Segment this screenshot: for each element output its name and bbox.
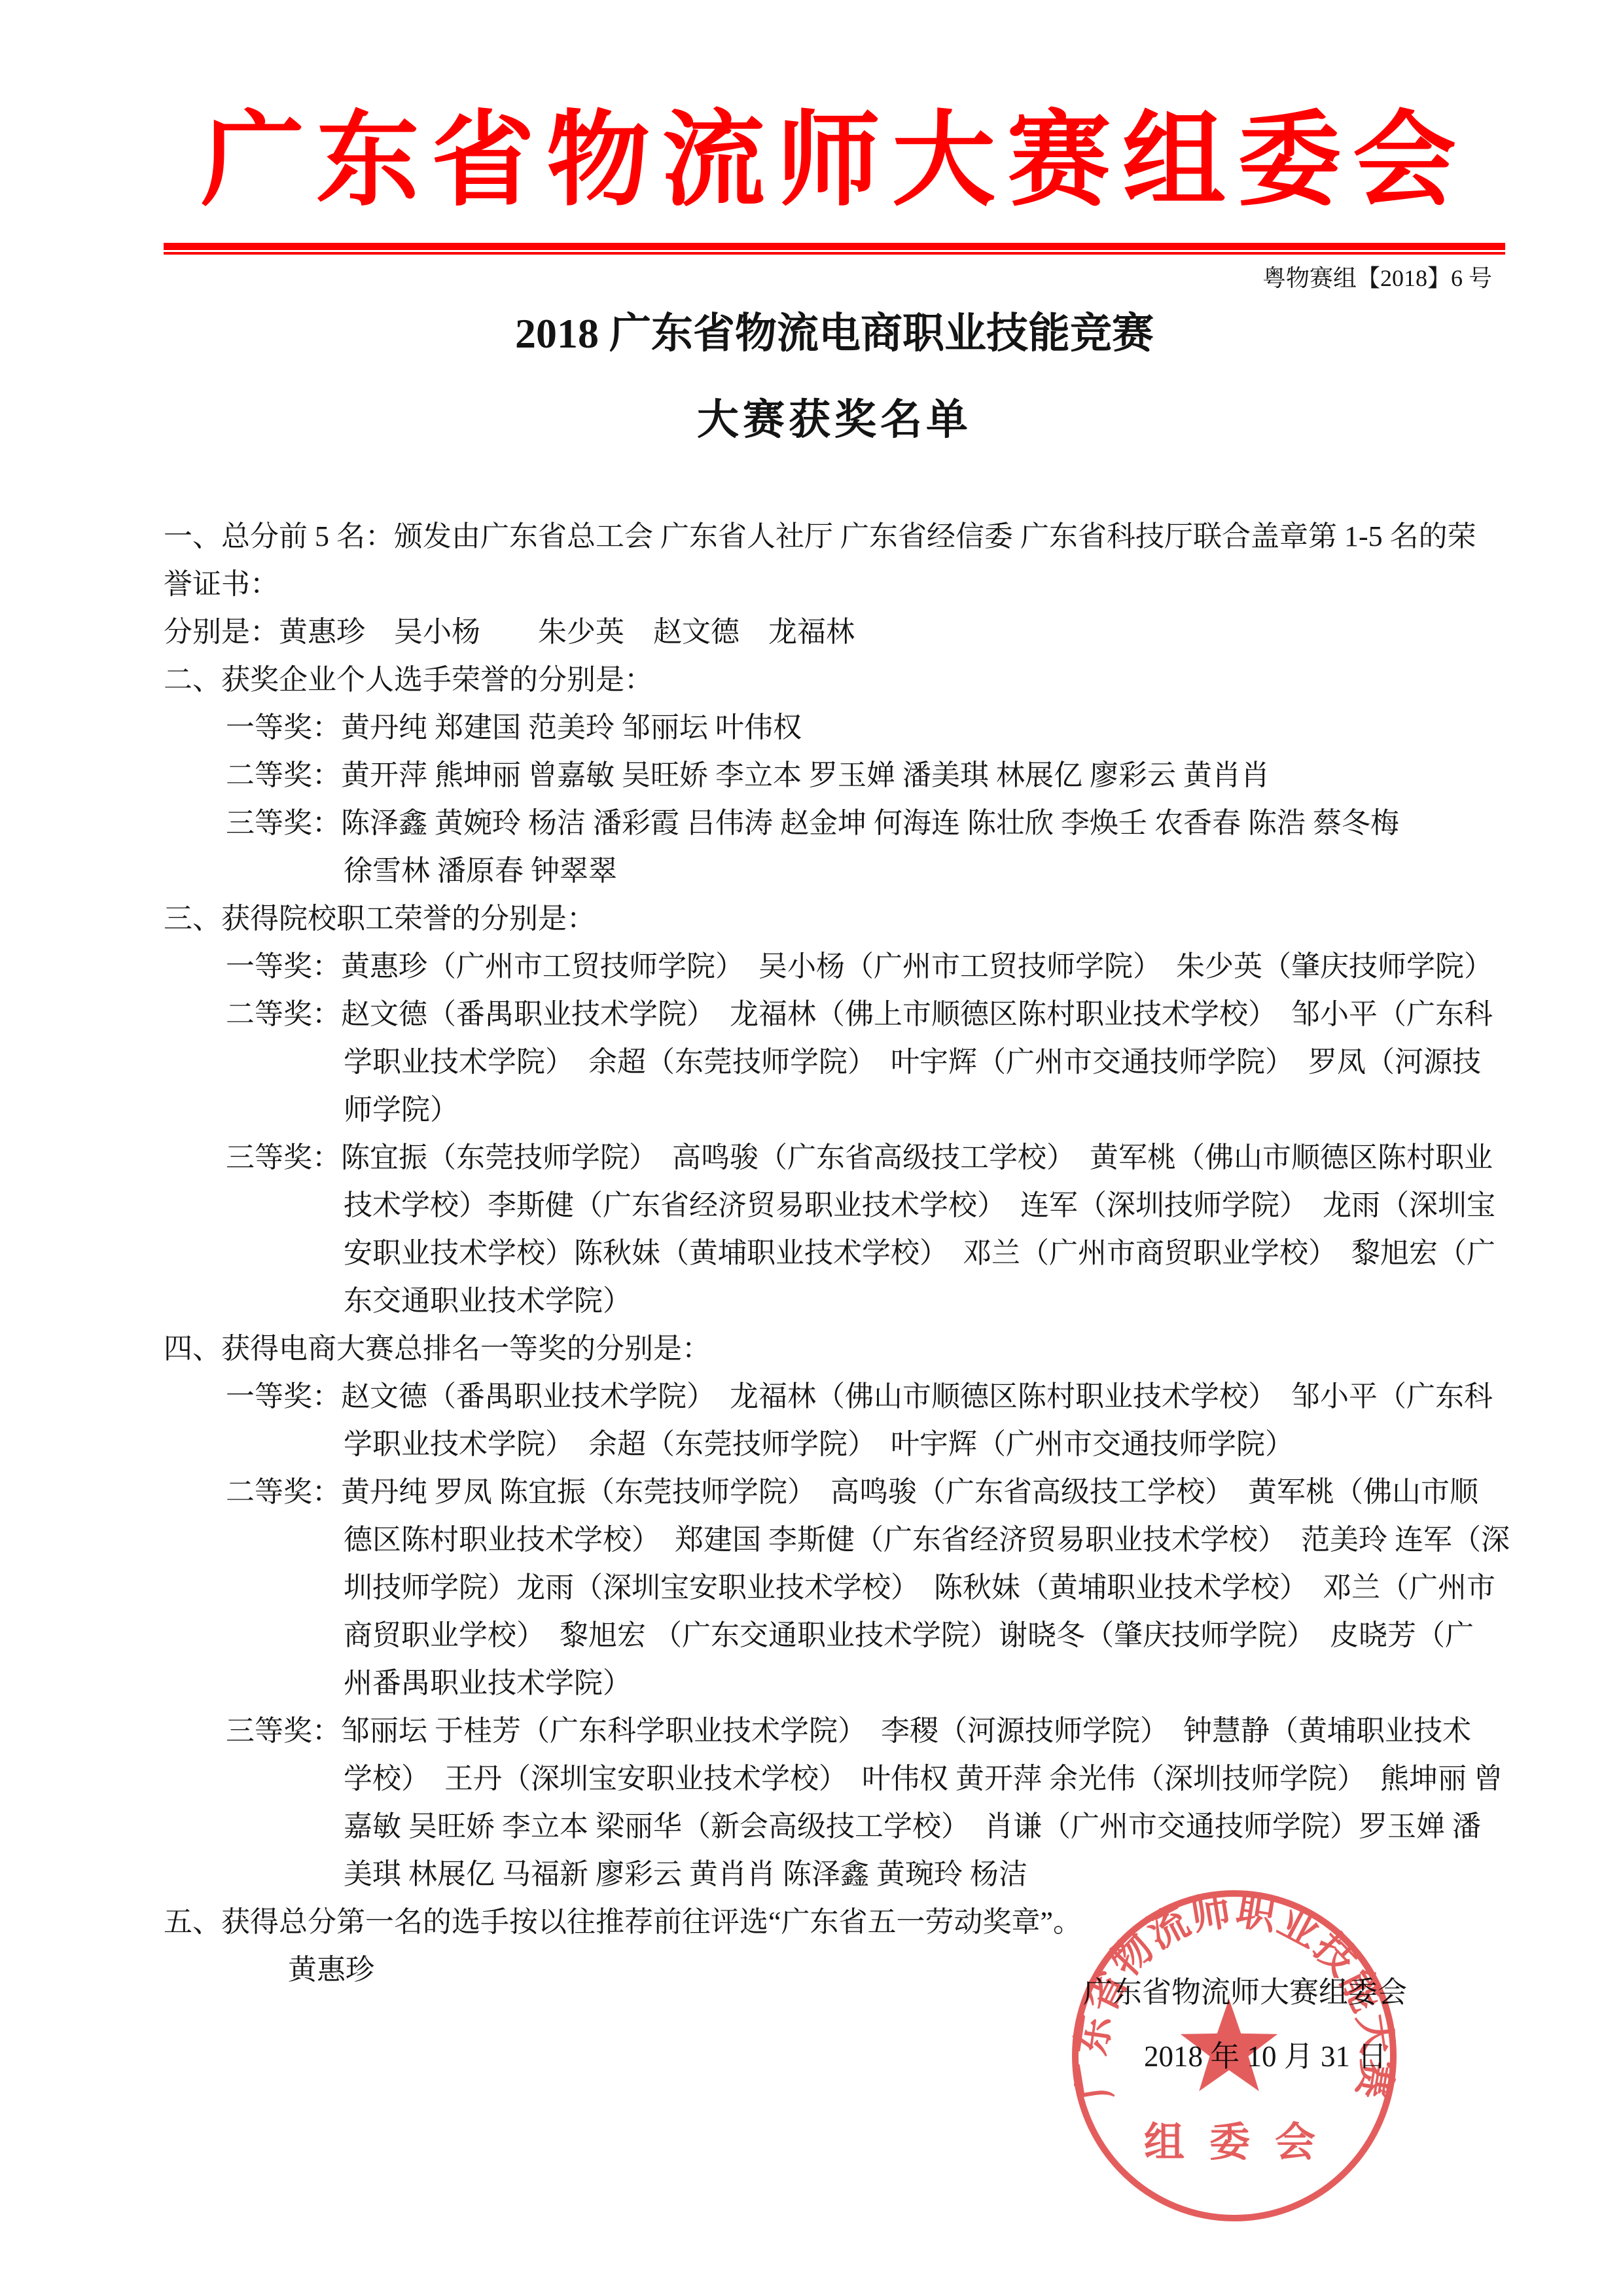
body-line: 嘉敏 吴旺娇 李立本 梁丽华（新会高级技工学校） 肖谦（广州市交通技师学院）罗玉… [164,1803,1512,1850]
body-line: 技术学校）李斯健（广东省经济贸易职业技术学校） 连军（深圳技师学院） 龙雨（深圳… [164,1181,1512,1229]
body-line: 一、总分前 5 名：颁发由广东省总工会 广东省人社厅 广东省经信委 广东省科技厅… [164,512,1512,560]
body-line: 誉证书： [164,560,1512,608]
letterhead-rule [164,243,1505,255]
body-line: 德区陈村职业技术学校） 郑建国 李斯健（广东省经济贸易职业技术学校） 范美玲 连… [164,1516,1512,1564]
body-line: 分别是：黄惠珍 吴小杨 朱少英 赵文德 龙福林 [164,608,1512,656]
document-page: 广东省物流师大赛组委会 粤物赛组【2018】6 号 2018 广东省物流电商职业… [0,0,1623,2296]
body-line: 商贸职业学校） 黎旭宏 （广东交通职业技术学院）谢晓冬（肇庆技师学院） 皮晓芳（… [164,1611,1512,1659]
document-body: 一、总分前 5 名：颁发由广东省总工会 广东省人社厅 广东省经信委 广东省科技厅… [164,512,1512,1994]
letterhead-rule-thick [164,243,1505,250]
body-line: 三等奖：陈泽鑫 黄婉玲 杨洁 潘彩霞 吕伟涛 赵金坤 何海连 陈壮欣 李焕壬 农… [164,799,1512,847]
body-line: 安职业技术学校）陈秋妹（黄埔职业技术学校） 邓兰（广州市商贸职业学校） 黎旭宏（… [164,1229,1512,1277]
letterhead-org-title: 广东省物流师大赛组委会 [164,110,1505,213]
body-line: 学职业技术学院） 余超（东莞技师学院） 叶宇辉（广州市交通技师学院） 罗凤（河源… [164,1038,1512,1086]
official-seal-stamp: 广东省物流师职业技能大赛 组委会 [1071,1889,1398,2223]
body-line: 学校） 王丹（深圳宝安职业技术学校） 叶伟权 黄开萍 余光伟（深圳技师学院） 熊… [164,1755,1512,1803]
body-line: 三、获得院校职工荣誉的分别是： [164,895,1512,942]
document-number: 粤物赛组【2018】6 号 [164,264,1492,293]
seal-star-icon [1181,1999,1277,2091]
document-subtitle: 大赛获奖名单 [164,399,1505,441]
body-line: 东交通职业技术学院） [164,1277,1512,1325]
letterhead-rule-thin [164,252,1505,255]
body-line: 四、获得电商大赛总排名一等奖的分别是： [164,1325,1512,1372]
body-line: 一等奖：赵文德（番禺职业技术学院） 龙福林（佛山市顺德区陈村职业技术学校） 邹小… [164,1372,1512,1420]
body-line: 三等奖：邹丽坛 于桂芳（广东科学职业技术学院） 李稷（河源技师学院） 钟慧静（黄… [164,1707,1512,1755]
seal-bottom-text: 组委会 [1144,2120,1340,2165]
body-line: 师学院） [164,1086,1512,1134]
body-line: 二、获奖企业个人选手荣誉的分别是： [164,656,1512,704]
body-line: 二等奖：黄丹纯 罗凤 陈宜振（东莞技师学院） 高鸣骏（广东省高级技工学校） 黄军… [164,1468,1512,1516]
body-line: 二等奖：赵文德（番禺职业技术学院） 龙福林（佛上市顺德区陈村职业技术学校） 邹小… [164,990,1512,1038]
body-line: 一等奖：黄惠珍（广州市工贸技师学院） 吴小杨（广州市工贸技师学院） 朱少英（肇庆… [164,942,1512,990]
document-title: 2018 广东省物流电商职业技能竞赛 [164,313,1505,355]
body-line: 一等奖：黄丹纯 郑建国 范美玲 邹丽坛 叶伟权 [164,704,1512,751]
body-line: 圳技师学院）龙雨（深圳宝安职业技术学校） 陈秋妹（黄埔职业技术学校） 邓兰（广州… [164,1564,1512,1611]
body-line: 州番禺职业技术学院） [164,1659,1512,1707]
body-line: 学职业技术学院） 余超（东莞技师学院） 叶宇辉（广州市交通技师学院） [164,1420,1512,1468]
body-line: 三等奖：陈宜振（东莞技师学院） 高鸣骏（广东省高级技工学校） 黄军桃（佛山市顺德… [164,1134,1512,1181]
body-line: 二等奖：黄开萍 熊坤丽 曾嘉敏 吴旺娇 李立本 罗玉婵 潘美琪 林展亿 廖彩云 … [164,751,1512,799]
body-line: 徐雪林 潘原春 钟翠翠 [164,847,1512,895]
